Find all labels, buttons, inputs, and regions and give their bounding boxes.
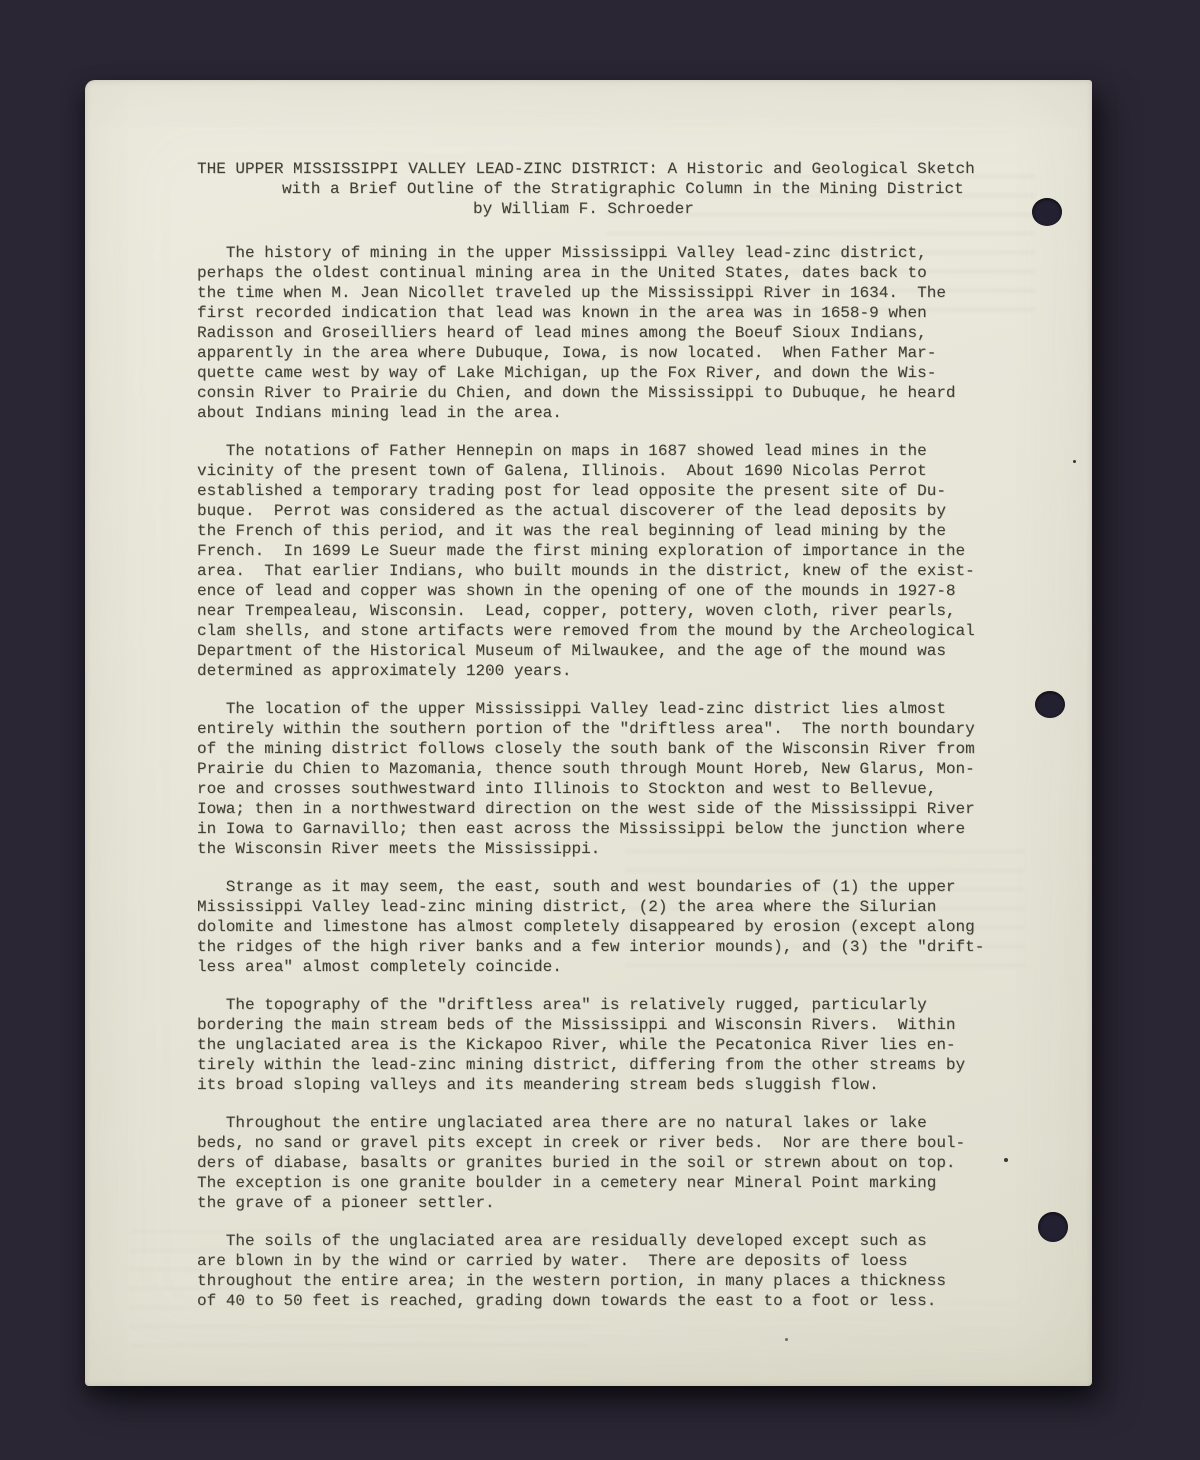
title-line-2: with a Brief Outline of the Stratigraphi…	[282, 179, 997, 199]
document-title: THE UPPER MISSISSIPPI VALLEY LEAD-ZINC D…	[197, 159, 997, 219]
paper-speck	[1004, 1158, 1008, 1162]
punch-hole-top	[1032, 198, 1062, 226]
paragraph-soils: The soils of the unglaciated area are re…	[197, 1231, 997, 1311]
document-page: THE UPPER MISSISSIPPI VALLEY LEAD-ZINC D…	[85, 80, 1092, 1386]
paragraph-no-lakes-boulders: Throughout the entire unglaciated area t…	[197, 1113, 997, 1213]
paragraph-district-location: The location of the upper Mississippi Va…	[197, 699, 997, 859]
paragraph-hennepin-notations: The notations of Father Hennepin on maps…	[197, 441, 997, 681]
paper-speck	[1073, 460, 1076, 463]
paper-speck	[785, 1338, 788, 1341]
title-byline: by William F. Schroeder	[473, 199, 997, 219]
punch-hole-middle	[1035, 691, 1065, 718]
paragraph-history-of-mining: The history of mining in the upper Missi…	[197, 243, 997, 423]
scan-background: THE UPPER MISSISSIPPI VALLEY LEAD-ZINC D…	[0, 0, 1200, 1460]
document-content: THE UPPER MISSISSIPPI VALLEY LEAD-ZINC D…	[197, 159, 997, 1329]
paragraph-topography: The topography of the "driftless area" i…	[197, 995, 997, 1095]
punch-hole-bottom	[1038, 1212, 1068, 1242]
title-line-1: THE UPPER MISSISSIPPI VALLEY LEAD-ZINC D…	[197, 159, 997, 179]
paragraph-boundaries-coincide: Strange as it may seem, the east, south …	[197, 877, 997, 977]
